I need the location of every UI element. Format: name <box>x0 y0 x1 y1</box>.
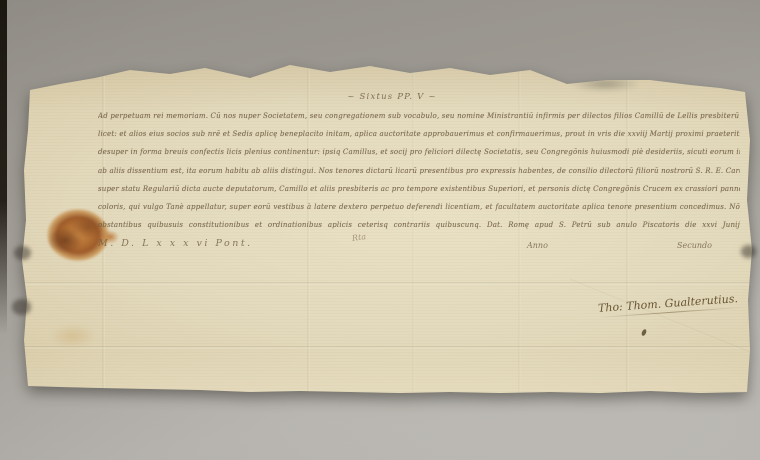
dateline-secundo: Secundo <box>677 241 712 250</box>
dateline-anno: Anno <box>527 241 548 250</box>
registration-mark: Rta <box>351 232 366 243</box>
parchment-shadow-wrapper: ~ Sixtus PP. V ~ Ad perpetuam rei memori… <box>0 0 760 460</box>
horizontal-fold-crease <box>24 346 750 349</box>
body-line: Ad perpetuam rei memoriam. Cū nos nuper … <box>98 111 740 129</box>
body-line: super statu Regulariū dicta aucte deputa… <box>98 184 740 202</box>
photo-of-manuscript: ~ Sixtus PP. V ~ Ad perpetuam rei memori… <box>0 0 760 460</box>
body-text-block: Ad perpetuam rei memoriam. Cū nos nuper … <box>98 111 740 238</box>
body-line: desuper in forma breuis confectis licis … <box>98 147 740 165</box>
dateline-year: M. D. L x x x vi Pont. <box>98 238 253 249</box>
brief-heading-sixtus-pp: ~ Sixtus PP. V ~ <box>292 92 492 102</box>
body-line: licet: et alios eius socios sub nrē et S… <box>98 129 740 147</box>
top-edge-crumple-shadow <box>570 76 640 92</box>
parchment-sheet: ~ Sixtus PP. V ~ Ad perpetuam rei memori… <box>22 58 752 398</box>
body-line: coloris, qui vulgo Tanè appellatur, supe… <box>98 202 740 220</box>
body-line: ab aliis dissentium est, ita eorum habit… <box>98 166 740 184</box>
edge-curl-shadow <box>12 299 31 315</box>
body-line: obstantibus quibusuis constitutionibus e… <box>98 220 740 238</box>
ink-fleck <box>641 328 648 336</box>
edge-curl-shadow <box>14 246 31 260</box>
horizontal-fold-crease <box>24 282 750 285</box>
edge-curl-shadow <box>741 245 756 258</box>
paper-stain <box>50 324 96 348</box>
